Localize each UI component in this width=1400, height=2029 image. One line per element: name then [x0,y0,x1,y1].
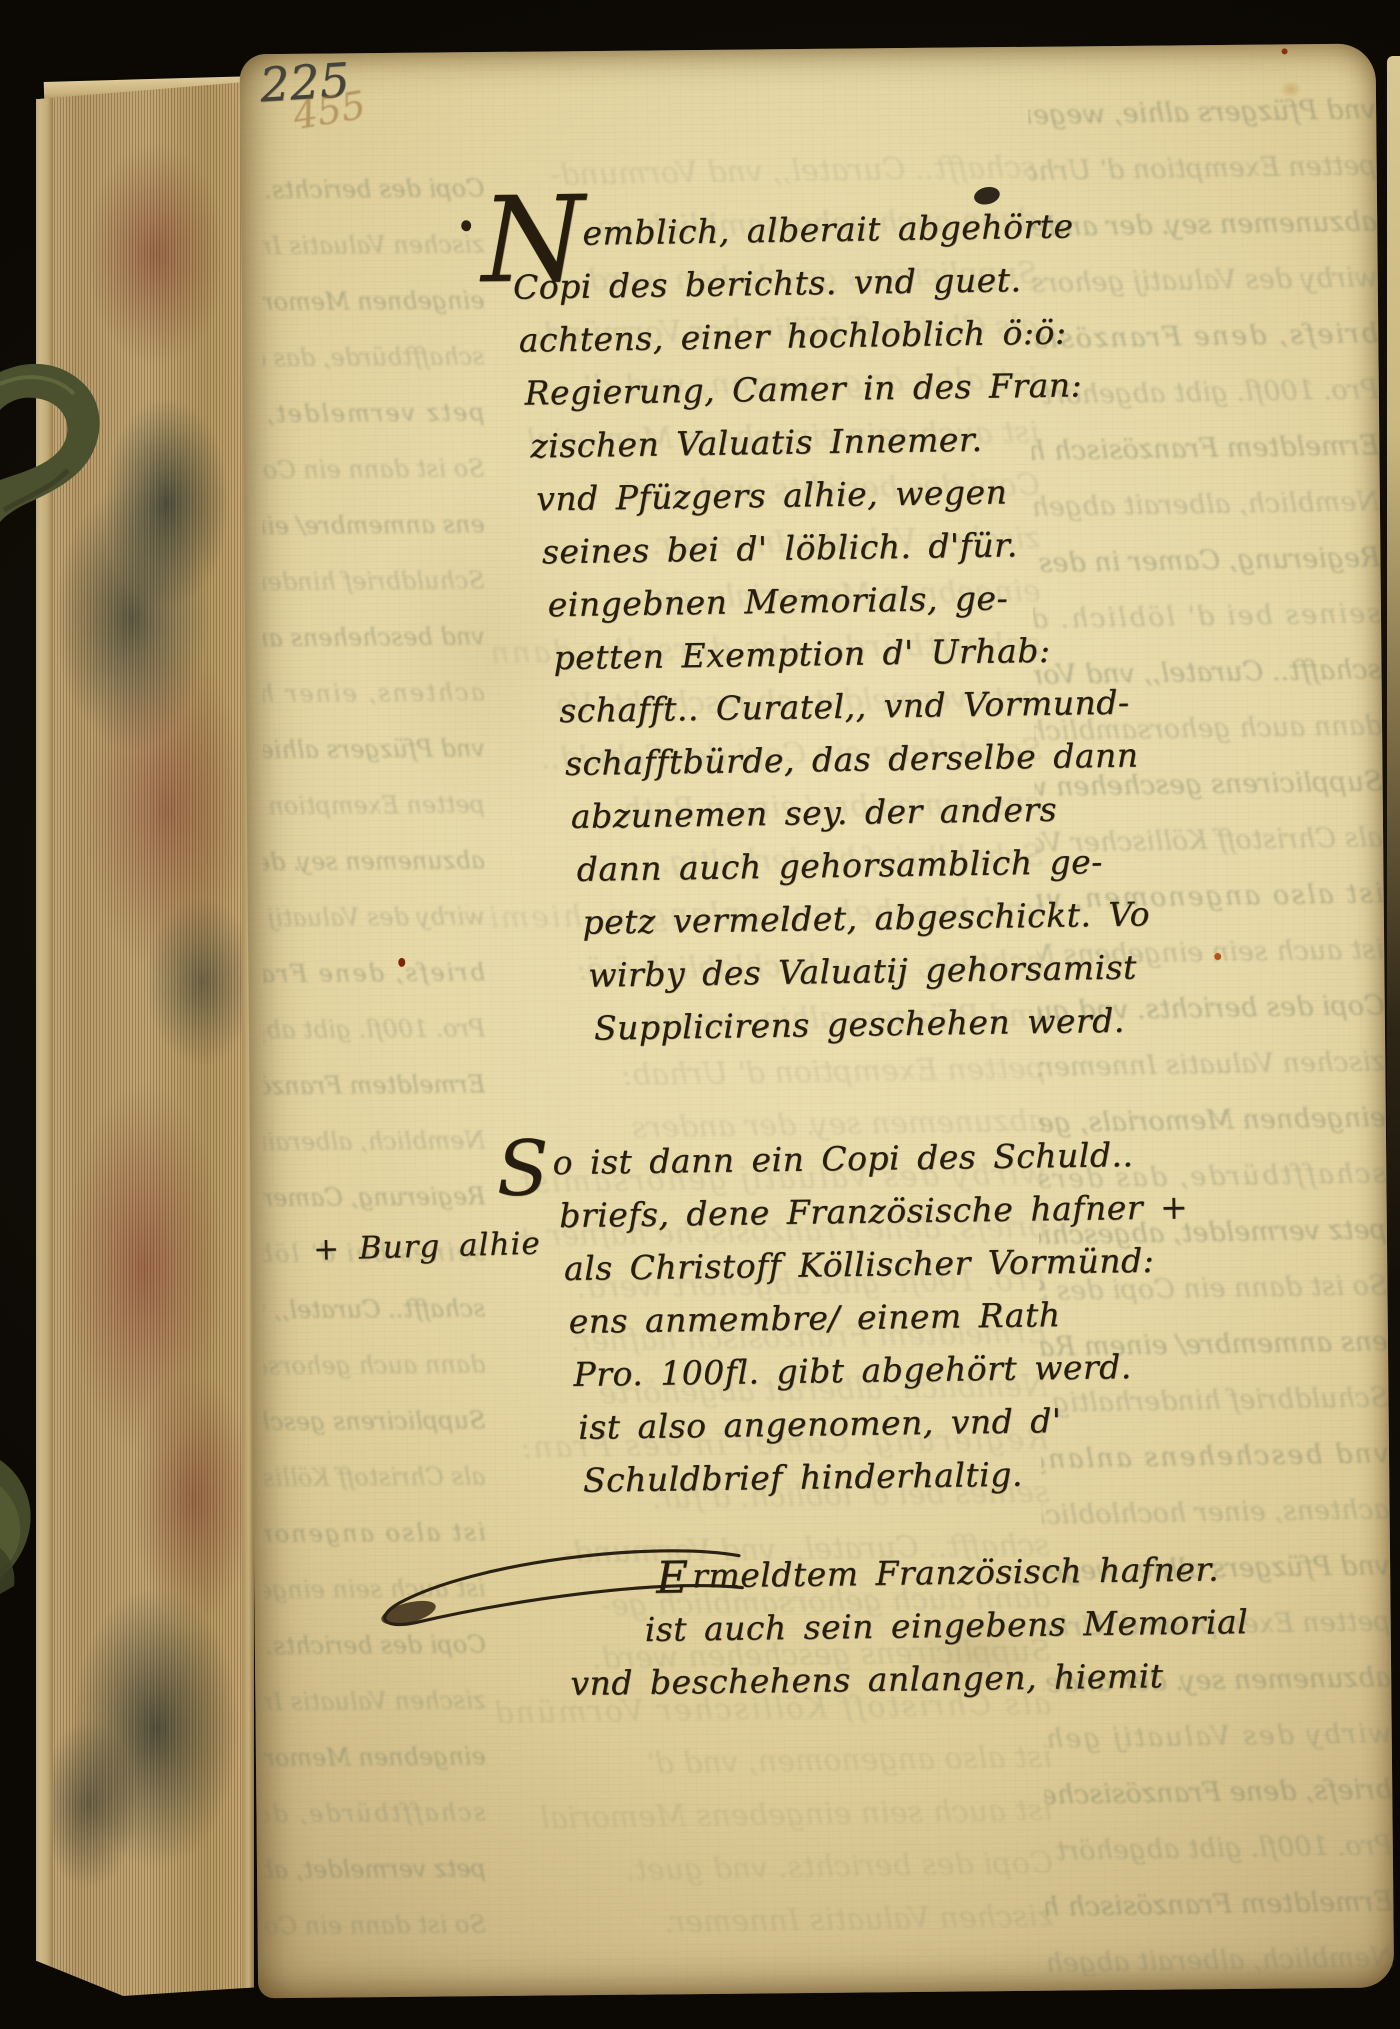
text-line: schafftbürde, das derselbe dann [565,728,1148,790]
text-line: vnd beschehens anlangen, hiemit [570,1648,1249,1710]
paragraph-1: Nemblich, alberait abgehörteCopi des ber… [239,198,1152,1059]
manuscript-page: Copi des berichts. vnd guet.zischen Valu… [240,43,1395,1998]
text-line: ist auch sein eingebens Memorial [644,1595,1248,1656]
photo-background: Copi des berichts. vnd guet.zischen Valu… [0,0,1400,2029]
text-line: vnd Pfüzgers alhie, wegen [536,463,1144,525]
text-line: als Christoff Köllischer Vormünd: [564,1233,1190,1295]
red-speck [1214,953,1221,960]
text-line: Supplicirens geschehen werd. [594,993,1152,1054]
text-line: ist also angenomen, vnd d' [578,1392,1192,1454]
text-line: petz vermeldet, abgeschickt. Vo [582,887,1150,948]
text-line: Copi des berichts. vnd guet. [513,251,1141,313]
paragraph-3: Ermeldtem Französisch hafner.ist auch se… [254,1542,1250,1714]
red-speck [398,958,405,967]
text-line: Pro. 100fl. gibt abgehört werd. [573,1339,1191,1401]
text-line: zischen Valuatis Innemer. [530,410,1143,472]
text-line: Ermeldtem Französisch hafner. [656,1542,1248,1603]
text-line: petten Exemption d' Urhab: [553,622,1146,684]
text-line: ens anmembre/ einem Rath [568,1286,1190,1348]
marginal-note: + Burg alhie [313,1226,542,1268]
text-line: So ist dann ein Copi des Schuld.. [496,1127,1188,1190]
text-line: Schuldbrief hinderhaltig. [583,1445,1193,1506]
text-line: briefs, dene Französische hafner + [559,1180,1189,1242]
red-speck [1282,48,1288,54]
binding-tie-ribbon-bottom [0,1452,48,1602]
text-line: achtens, einer hochloblich ö:ö: [518,304,1141,366]
binding-tie-ribbon-top [0,332,112,547]
text-line: Regierung, Camer in des Fran: [524,357,1142,419]
text-line: seines bei d' löblich. d'für. [542,516,1145,578]
illuminated-initial: E [656,1553,689,1604]
illuminated-initial: S [496,1123,549,1213]
text-line: Nemblich, alberait abgehörte [481,198,1140,261]
text-line: schafft.. Curatel,, vnd Vormund- [559,675,1147,737]
facing-page-edge [1387,56,1400,1556]
text-line: wirby des Valuatij gehorsamist [588,940,1151,1001]
paragraph-2: So ist dann ein Copi des Schuld..briefs,… [249,1127,1192,1511]
text-line: abzunemen sey. der anders [570,781,1148,843]
text-line: dann auch gehorsamblich ge- [576,834,1149,895]
text-line: eingebnen Memorials, ge- [547,569,1145,631]
